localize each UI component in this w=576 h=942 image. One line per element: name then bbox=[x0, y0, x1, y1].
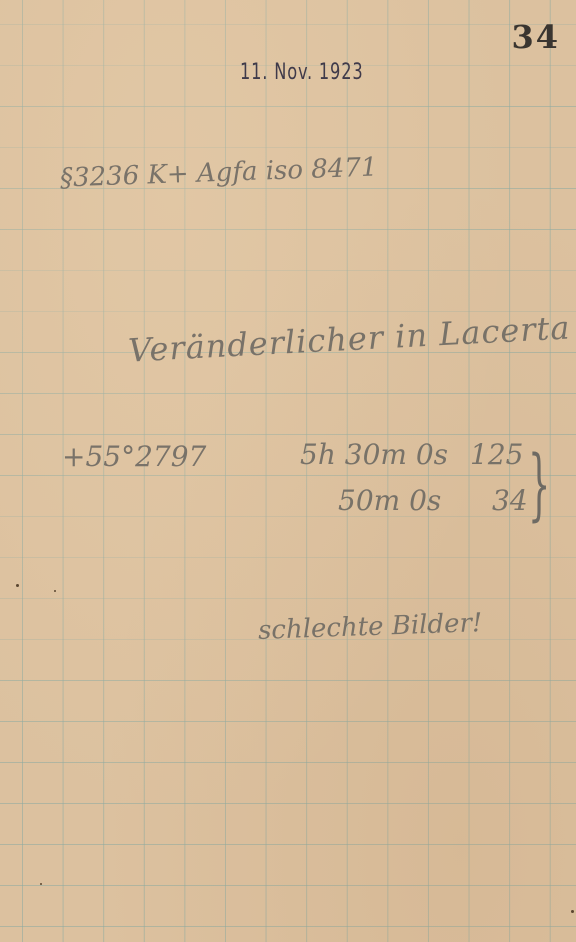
brace-mark: } bbox=[528, 446, 550, 524]
object-title-note: Veränderlicher in Lacerta bbox=[127, 308, 571, 369]
remark-note: schlechte Bilder! bbox=[258, 608, 483, 646]
paper-speck bbox=[40, 883, 42, 885]
exposure-first: 125 bbox=[470, 438, 523, 471]
star-designation: +55°2797 bbox=[62, 440, 206, 473]
page-number: 34 bbox=[511, 18, 560, 56]
time-first: 5h 30m 0s bbox=[300, 438, 448, 471]
time-second: 50m 0s bbox=[338, 484, 441, 517]
date-stamp: 11. Nov. 1923 bbox=[240, 60, 363, 85]
notebook-page: 34 11. Nov. 1923 §3236 K+ Agfa iso 8471 … bbox=[0, 0, 576, 942]
paper-speck bbox=[16, 584, 19, 587]
paper-speck bbox=[571, 910, 574, 913]
exposure-second: 34 bbox=[492, 484, 528, 517]
plate-reference-note: §3236 K+ Agfa iso 8471 bbox=[60, 152, 378, 193]
paper-speck bbox=[54, 590, 56, 592]
